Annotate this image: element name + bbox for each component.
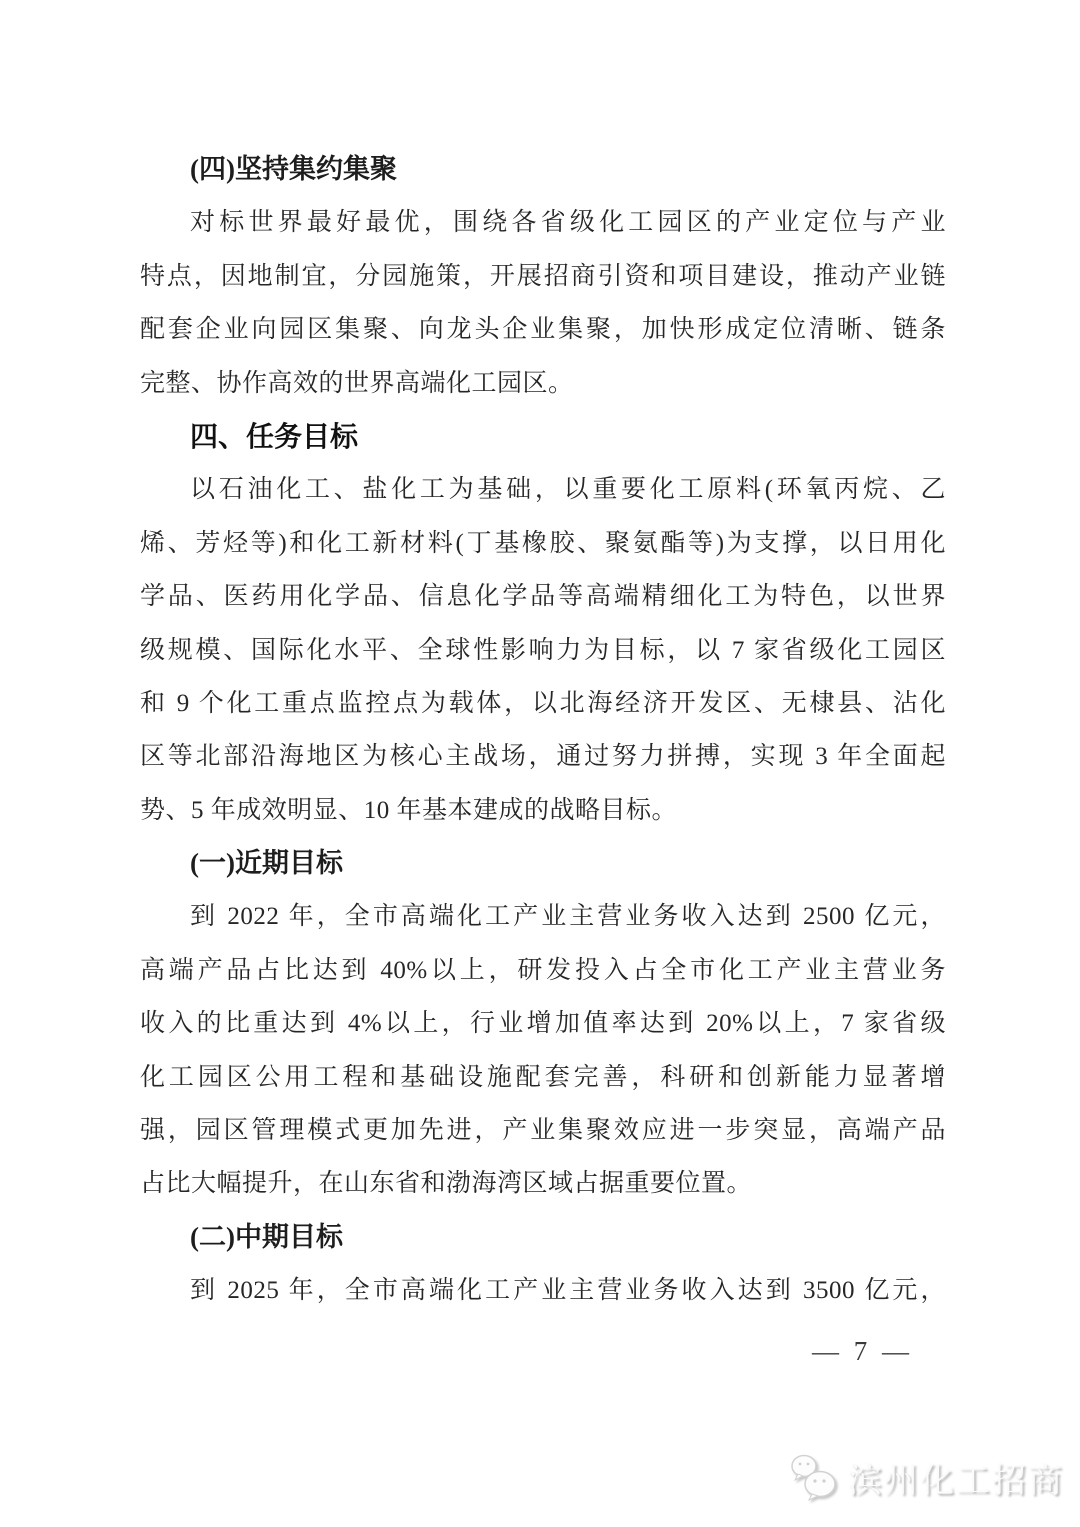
watermark-label: 滨州化工招商 xyxy=(848,1453,1064,1502)
paragraph-line: 对标世界最好最优，围绕各省级化工园区的产业定位与产业 xyxy=(140,196,946,249)
paragraph-line: 完整、协作高效的世界高端化工园区。 xyxy=(140,357,946,410)
paragraph-line: 势、5 年成效明显、10 年基本建成的战略目标。 xyxy=(140,784,946,837)
paragraph-line: 区等北部沿海地区为核心主战场，通过努力拼搏，实现 3 年全面起 xyxy=(140,730,946,783)
subheading-si-jianchi-jiyue-jiju: (四)坚持集约集聚 xyxy=(140,143,946,196)
wechat-icon xyxy=(788,1451,840,1503)
page-number: — 7 — xyxy=(812,1336,913,1366)
paragraph-line: 和 9 个化工重点监控点为载体，以北海经济开发区、无棣县、沾化 xyxy=(140,677,946,730)
paragraph-line: 配套企业向园区集聚、向龙头企业集聚，加快形成定位清晰、链条 xyxy=(140,303,946,356)
document-body: (四)坚持集约集聚 对标世界最好最优，围绕各省级化工园区的产业定位与产业 特点，… xyxy=(140,143,946,1318)
paragraph-line: 收入的比重达到 4%以上，行业增加值率达到 20%以上，7 家省级 xyxy=(140,997,946,1050)
subheading-jinqi-mubiao: (一)近期目标 xyxy=(140,837,946,890)
paragraph-line: 级规模、国际化水平、全球性影响力为目标，以 7 家省级化工园区 xyxy=(140,624,946,677)
paragraph-line: 高端产品占比达到 40%以上，研发投入占全市化工产业主营业务 xyxy=(140,944,946,997)
watermark: 滨州化工招商 xyxy=(788,1451,1064,1503)
paragraph-line: 强，园区管理模式更加先进，产业集聚效应进一步突显，高端产品 xyxy=(140,1104,946,1157)
heading-renwu-mubiao: 四、任务目标 xyxy=(140,410,946,463)
paragraph-line: 到 2025 年，全市高端化工产业主营业务收入达到 3500 亿元， xyxy=(140,1264,946,1317)
paragraph-line: 占比大幅提升，在山东省和渤海湾区域占据重要位置。 xyxy=(140,1157,946,1210)
paragraph-line: 化工园区公用工程和基础设施配套完善，科研和创新能力显著增 xyxy=(140,1051,946,1104)
paragraph-line: 学品、医药用化学品、信息化学品等高端精细化工为特色，以世界 xyxy=(140,570,946,623)
paragraph-line: 以石油化工、盐化工为基础，以重要化工原料(环氧丙烷、乙 xyxy=(140,463,946,516)
paragraph-line: 烯、芳烃等)和化工新材料(丁基橡胶、聚氨酯等)为支撑，以日用化 xyxy=(140,517,946,570)
paragraph-line: 特点，因地制宜，分园施策，开展招商引资和项目建设，推动产业链 xyxy=(140,250,946,303)
paragraph-line: 到 2022 年，全市高端化工产业主营业务收入达到 2500 亿元， xyxy=(140,890,946,943)
subheading-zhongqi-mubiao: (二)中期目标 xyxy=(140,1211,946,1264)
